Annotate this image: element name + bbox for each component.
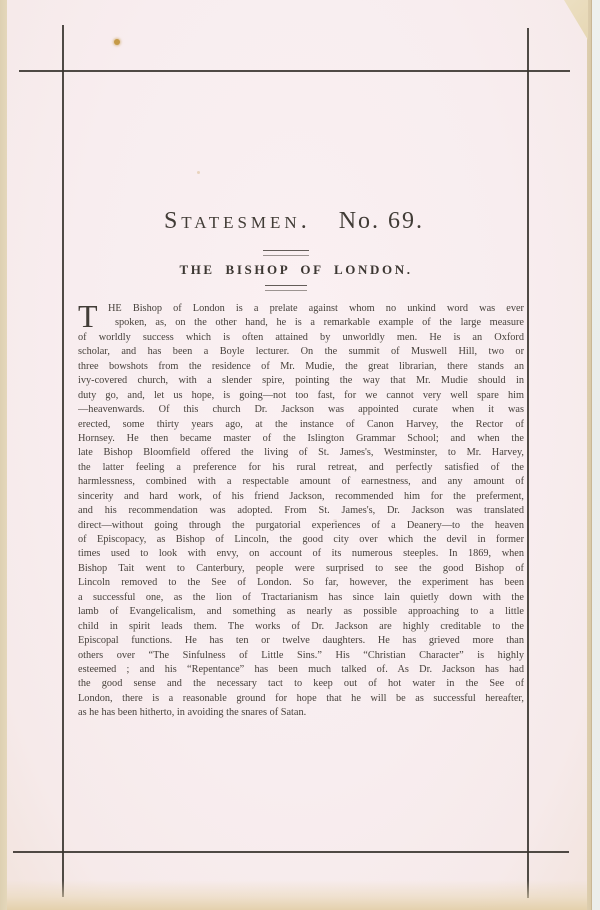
body-line: and his recommendation was adopted. From… <box>78 504 524 518</box>
body-line: the latter feeling a preference for his … <box>78 461 524 475</box>
body-line: sincerity and hard work, of his friend J… <box>78 490 524 504</box>
body-line: erected, some thirty years ago, at the i… <box>78 418 524 432</box>
publication-title: Statesmen. <box>164 208 311 234</box>
body-text: HE Bishop of London is a prelate against… <box>78 302 524 721</box>
page-surface: Statesmen.No. 69. THE BISHOP OF LONDON. … <box>7 0 587 910</box>
body-line: spoken, as, on the other hand, he is a r… <box>78 316 524 330</box>
body-line: harmlessness, combined with a respectabl… <box>78 475 524 489</box>
body-line: lamb of Evangelicalism, and something as… <box>78 605 524 619</box>
body-line: esteemed ; and his “Repentance” has been… <box>78 663 524 677</box>
body-line: ivy-covered church, with a slender spire… <box>78 374 524 388</box>
torn-corner <box>564 0 588 40</box>
body-line: late Bishop Bloomfield offered the livin… <box>78 446 524 460</box>
body-line: Bishop Tait went to Canterbury, people w… <box>78 562 524 576</box>
article-title: THE BISHOP OF LONDON. <box>7 262 585 278</box>
border-rule-bottom <box>13 851 569 853</box>
body-line: a successful one, as the lion of Tractar… <box>78 591 524 605</box>
body-line: as he has been hitherto, in avoiding the… <box>78 706 524 720</box>
drop-cap: T <box>78 302 98 331</box>
scanned-document: Statesmen.No. 69. THE BISHOP OF LONDON. … <box>0 0 600 910</box>
body-line: direct—without going through the purgato… <box>78 519 524 533</box>
divider-rule-lower <box>265 285 307 291</box>
body-line: times used to look with envy, on account… <box>78 547 524 561</box>
issue-number: No. 69. <box>339 208 424 234</box>
border-rule-left <box>62 25 64 897</box>
page-header: Statesmen.No. 69. <box>7 208 581 235</box>
body-line: scholar, and has been a Boyle lecturer. … <box>78 345 524 359</box>
foxing-spot <box>114 39 120 45</box>
article-body: T HE Bishop of London is a prelate again… <box>78 302 524 721</box>
body-line: the good sense and the necessary tact to… <box>78 677 524 691</box>
border-rule-top <box>19 70 570 72</box>
divider-rule-upper <box>263 250 309 256</box>
body-line: Episcopal functions. He has ten or twelv… <box>78 634 524 648</box>
body-line: Hornsey. He then became master of the Is… <box>78 432 524 446</box>
body-line: duty go, and, let us hope, is going—not … <box>78 389 524 403</box>
body-line: of Episcopacy, as Bishop of Lincoln, the… <box>78 533 524 547</box>
body-line: child in spirit leads them. The works of… <box>78 620 524 634</box>
body-line: others over “The Sinfulness of Little Si… <box>78 649 524 663</box>
body-line: of worldly success which is often attain… <box>78 331 524 345</box>
body-line: Lincoln removed to the See of London. So… <box>78 576 524 590</box>
body-line: three bowshots from the residence of Mr.… <box>78 360 524 374</box>
body-line: HE Bishop of London is a prelate against… <box>78 302 524 316</box>
foxing-spot <box>197 171 200 174</box>
body-line: London, there is a reasonable ground for… <box>78 692 524 706</box>
border-rule-right <box>527 28 529 898</box>
body-line: —heavenwards. Of this church Dr. Jackson… <box>78 403 524 417</box>
